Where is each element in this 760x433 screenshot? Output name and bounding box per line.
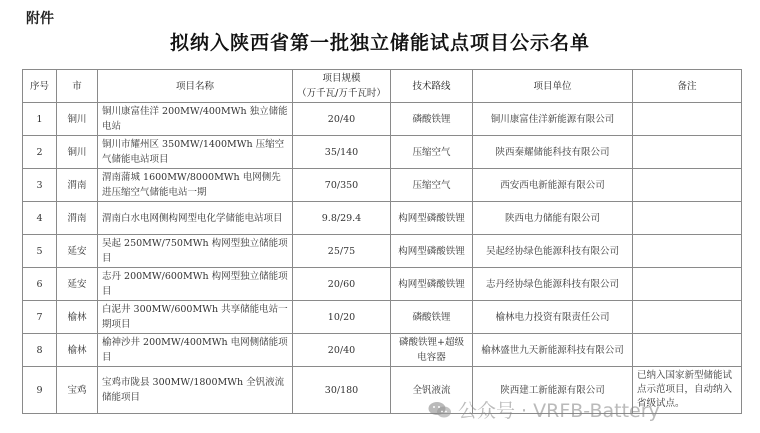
cell-city: 榆林	[57, 301, 98, 334]
cell-remark	[633, 136, 742, 169]
cell-seq: 2	[23, 136, 57, 169]
table-row: 3 渭南 渭南蒲城 1600MW/8000MWh 电网侧先进压缩空气储能电站一期…	[23, 169, 742, 202]
cell-name: 渭南蒲城 1600MW/8000MWh 电网侧先进压缩空气储能电站一期	[98, 169, 293, 202]
cell-tech: 构网型磷酸铁锂	[391, 235, 473, 268]
page-title: 拟纳入陕西省第一批独立储能试点项目公示名单	[0, 28, 760, 55]
cell-tech: 磷酸铁锂	[391, 103, 473, 136]
cell-name: 白泥井 300MW/600MWh 共享储能电站一期项目	[98, 301, 293, 334]
table-row: 4 渭南 渭南白水电网侧构网型电化学储能电站项目 9.8/29.4 构网型磷酸铁…	[23, 202, 742, 235]
cell-city: 铜川	[57, 136, 98, 169]
header-city: 市	[57, 70, 98, 103]
cell-seq: 1	[23, 103, 57, 136]
cell-tech: 构网型磷酸铁锂	[391, 268, 473, 301]
cell-scale: 30/180	[293, 367, 391, 414]
cell-tech: 构网型磷酸铁锂	[391, 202, 473, 235]
cell-scale: 9.8/29.4	[293, 202, 391, 235]
header-tech: 技术路线	[391, 70, 473, 103]
cell-company: 吴起经协绿色能源科技有限公司	[473, 235, 633, 268]
table-row: 8 榆林 榆神沙井 200MW/400MWh 电网侧储能项目 20/40 磷酸铁…	[23, 334, 742, 367]
cell-tech: 压缩空气	[391, 169, 473, 202]
cell-scale: 35/140	[293, 136, 391, 169]
cell-scale: 20/40	[293, 103, 391, 136]
cell-name: 志丹 200MW/600MWh 构网型独立储能项目	[98, 268, 293, 301]
cell-remark	[633, 334, 742, 367]
cell-scale: 20/60	[293, 268, 391, 301]
table-row: 7 榆林 白泥井 300MW/600MWh 共享储能电站一期项目 10/20 磷…	[23, 301, 742, 334]
cell-seq: 5	[23, 235, 57, 268]
cell-seq: 7	[23, 301, 57, 334]
cell-city: 宝鸡	[57, 367, 98, 414]
cell-seq: 8	[23, 334, 57, 367]
header-company: 项目单位	[473, 70, 633, 103]
cell-city: 榆林	[57, 334, 98, 367]
cell-company: 榆林盛世九天新能源科技有限公司	[473, 334, 633, 367]
cell-name: 铜川康富佳洋 200MW/400MWh 独立储能电站	[98, 103, 293, 136]
cell-tech: 磷酸铁锂	[391, 301, 473, 334]
cell-name: 渭南白水电网侧构网型电化学储能电站项目	[98, 202, 293, 235]
cell-remark	[633, 103, 742, 136]
cell-scale: 10/20	[293, 301, 391, 334]
cell-scale: 25/75	[293, 235, 391, 268]
cell-name: 铜川市耀州区 350MW/1400MWh 压缩空气储能电站项目	[98, 136, 293, 169]
cell-company: 西安西电新能源有限公司	[473, 169, 633, 202]
cell-city: 铜川	[57, 103, 98, 136]
cell-tech: 全钒液流	[391, 367, 473, 414]
table-row: 2 铜川 铜川市耀州区 350MW/1400MWh 压缩空气储能电站项目 35/…	[23, 136, 742, 169]
cell-tech: 压缩空气	[391, 136, 473, 169]
cell-city: 渭南	[57, 169, 98, 202]
cell-remark	[633, 268, 742, 301]
cell-name: 宝鸡市陇县 300MW/1800MWh 全钒液流储能项目	[98, 367, 293, 414]
cell-tech: 磷酸铁锂+超级电容器	[391, 334, 473, 367]
cell-company: 志丹经协绿色能源科技有限公司	[473, 268, 633, 301]
cell-company: 陕西电力储能有限公司	[473, 202, 633, 235]
table-row: 9 宝鸡 宝鸡市陇县 300MW/1800MWh 全钒液流储能项目 30/180…	[23, 367, 742, 414]
cell-remark	[633, 235, 742, 268]
cell-seq: 6	[23, 268, 57, 301]
cell-scale: 20/40	[293, 334, 391, 367]
header-remark: 备注	[633, 70, 742, 103]
header-name: 项目名称	[98, 70, 293, 103]
cell-name: 吴起 250MW/750MWh 构网型独立储能项目	[98, 235, 293, 268]
header-scale-line2: （万千瓦/万千瓦时）	[297, 86, 386, 101]
cell-remark: 已纳入国家新型储能试点示范项目，自动纳入省级试点。	[633, 367, 742, 414]
attachment-label: 附件	[26, 8, 54, 28]
cell-city: 延安	[57, 235, 98, 268]
cell-remark	[633, 202, 742, 235]
cell-seq: 9	[23, 367, 57, 414]
cell-name: 榆神沙井 200MW/400MWh 电网侧储能项目	[98, 334, 293, 367]
cell-remark	[633, 169, 742, 202]
cell-company: 铜川康富佳洋新能源有限公司	[473, 103, 633, 136]
cell-scale: 70/350	[293, 169, 391, 202]
table-header-row: 序号 市 项目名称 项目规模 （万千瓦/万千瓦时） 技术路线 项目单位 备注	[23, 70, 742, 103]
cell-company: 陕西建工新能源有限公司	[473, 367, 633, 414]
table-row: 5 延安 吴起 250MW/750MWh 构网型独立储能项目 25/75 构网型…	[23, 235, 742, 268]
table-row: 1 铜川 铜川康富佳洋 200MW/400MWh 独立储能电站 20/40 磷酸…	[23, 103, 742, 136]
header-scale-line1: 项目规模	[297, 71, 386, 86]
cell-city: 渭南	[57, 202, 98, 235]
cell-seq: 3	[23, 169, 57, 202]
table-row: 6 延安 志丹 200MW/600MWh 构网型独立储能项目 20/60 构网型…	[23, 268, 742, 301]
header-scale: 项目规模 （万千瓦/万千瓦时）	[293, 70, 391, 103]
cell-remark	[633, 301, 742, 334]
cell-seq: 4	[23, 202, 57, 235]
project-list-table: 序号 市 项目名称 项目规模 （万千瓦/万千瓦时） 技术路线 项目单位 备注 1…	[22, 69, 742, 414]
cell-company: 榆林电力投资有限责任公司	[473, 301, 633, 334]
cell-city: 延安	[57, 268, 98, 301]
cell-company: 陕西秦耀储能科技有限公司	[473, 136, 633, 169]
header-seq: 序号	[23, 70, 57, 103]
